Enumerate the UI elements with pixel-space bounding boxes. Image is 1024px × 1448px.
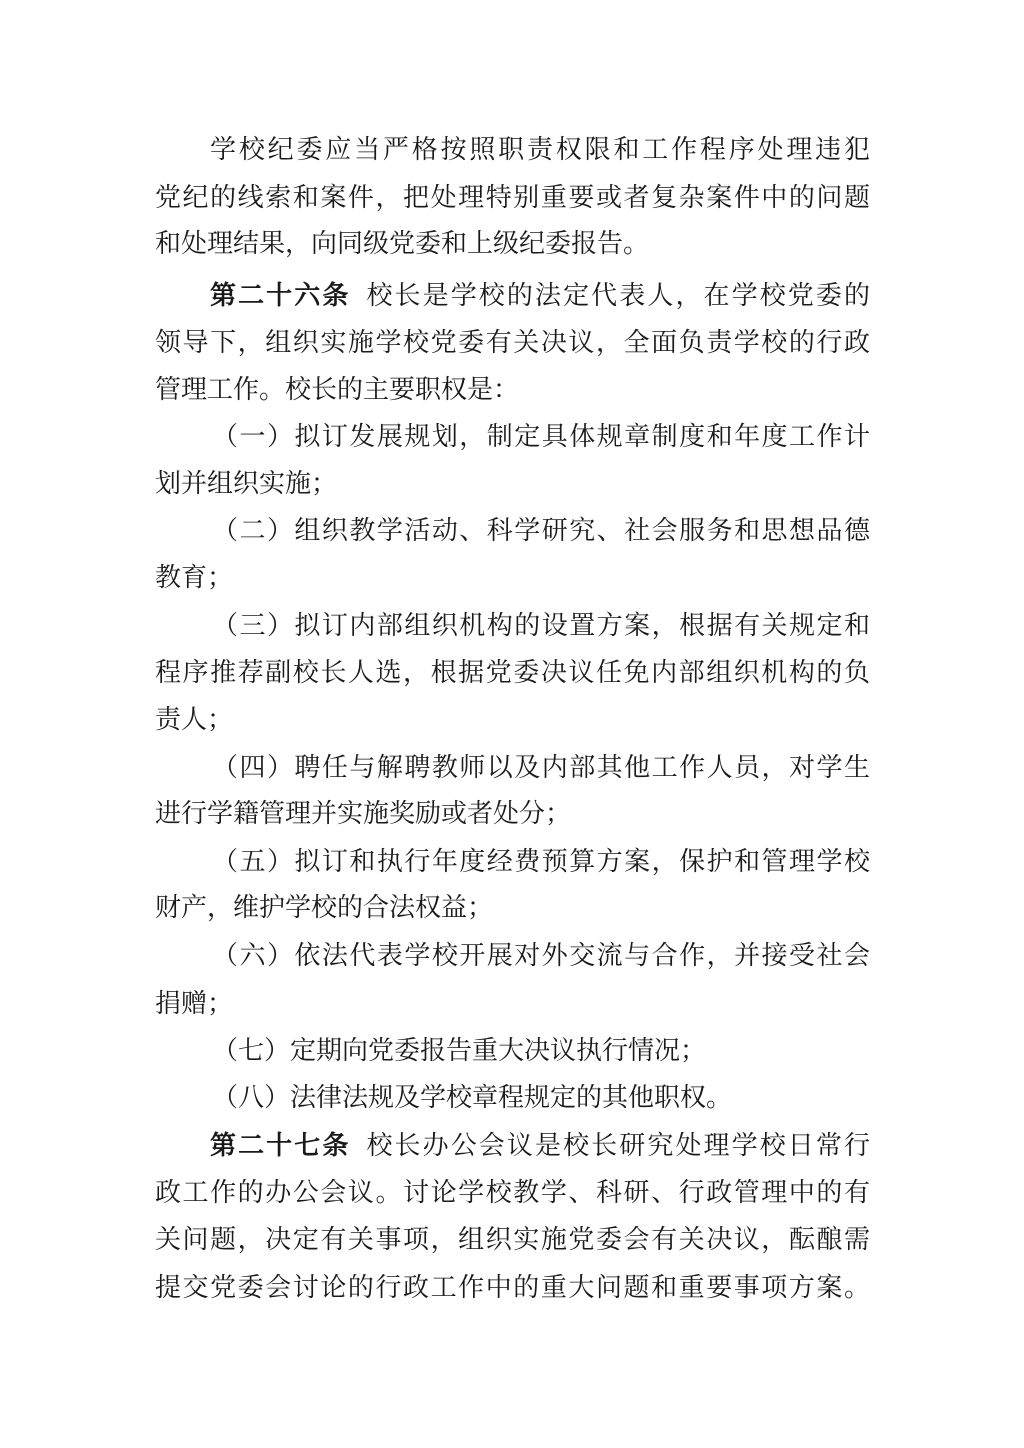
article-heading: 第二十七条 xyxy=(210,1131,350,1161)
list-item-line: （一）拟订发展规划，制定具体规章制度和年度工作计 xyxy=(212,417,870,457)
paragraph-line: 领导下，组织实施学校党委有关决议，全面负责学校的行政 xyxy=(155,323,870,363)
list-item-line: （七）定期向党委报告重大决议执行情况； xyxy=(212,1031,870,1071)
paragraph-line: 管理工作。校长的主要职权是： xyxy=(155,370,870,410)
paragraph-line: 校长办公会议是校长研究处理学校日常行 xyxy=(366,1131,870,1161)
list-item-line: 划并组织实施； xyxy=(155,464,870,504)
list-item-line: （四）聘任与解聘教师以及内部其他工作人员，对学生 xyxy=(212,748,870,788)
paragraph-line: 和处理结果，向同级党委和上级纪委报告。 xyxy=(155,224,870,264)
list-item-line: （三）拟订内部组织机构的设置方案，根据有关规定和 xyxy=(212,606,870,646)
paragraph-line: 政工作的办公会议。讨论学校教学、科研、行政管理中的有 xyxy=(155,1173,870,1213)
list-item-line: 捐赠； xyxy=(155,984,870,1024)
list-item-line: （八）法律法规及学校章程规定的其他职权。 xyxy=(212,1078,870,1118)
list-item-line: （六）依法代表学校开展对外交流与合作，并接受社会 xyxy=(212,936,870,976)
paragraph-line: 党纪的线索和案件，把处理特别重要或者复杂案件中的问题 xyxy=(155,178,870,218)
paragraph-line: 学校纪委应当严格按照职责权限和工作程序处理违犯 xyxy=(210,130,870,170)
article-heading: 第二十六条 xyxy=(210,281,350,311)
paragraph-line: 关问题，决定有关事项，组织实施党委会有关决议，酝酿需 xyxy=(155,1220,870,1260)
list-item-line: 进行学籍管理并实施奖励或者处分； xyxy=(155,794,870,834)
list-item-line: 责人； xyxy=(155,700,870,740)
paragraph-line: 校长是学校的法定代表人，在学校党委的 xyxy=(366,281,870,311)
document-page: 学校纪委应当严格按照职责权限和工作程序处理违犯 党纪的线索和案件，把处理特别重要… xyxy=(0,0,1024,1448)
list-item-line: 教育； xyxy=(155,558,870,598)
article-27-first-line: 第二十七条校长办公会议是校长研究处理学校日常行 xyxy=(210,1126,870,1166)
list-item-line: 程序推荐副校长人选，根据党委决议任免内部组织机构的负 xyxy=(155,653,870,693)
list-item-line: （五）拟订和执行年度经费预算方案，保护和管理学校 xyxy=(212,842,870,882)
list-item-line: 财产，维护学校的合法权益； xyxy=(155,888,870,928)
paragraph-line: 提交党委会讨论的行政工作中的重大问题和重要事项方案。 xyxy=(155,1268,870,1308)
list-item-line: （二）组织教学活动、科学研究、社会服务和思想品德 xyxy=(212,511,870,551)
article-26-first-line: 第二十六条校长是学校的法定代表人，在学校党委的 xyxy=(210,276,870,316)
